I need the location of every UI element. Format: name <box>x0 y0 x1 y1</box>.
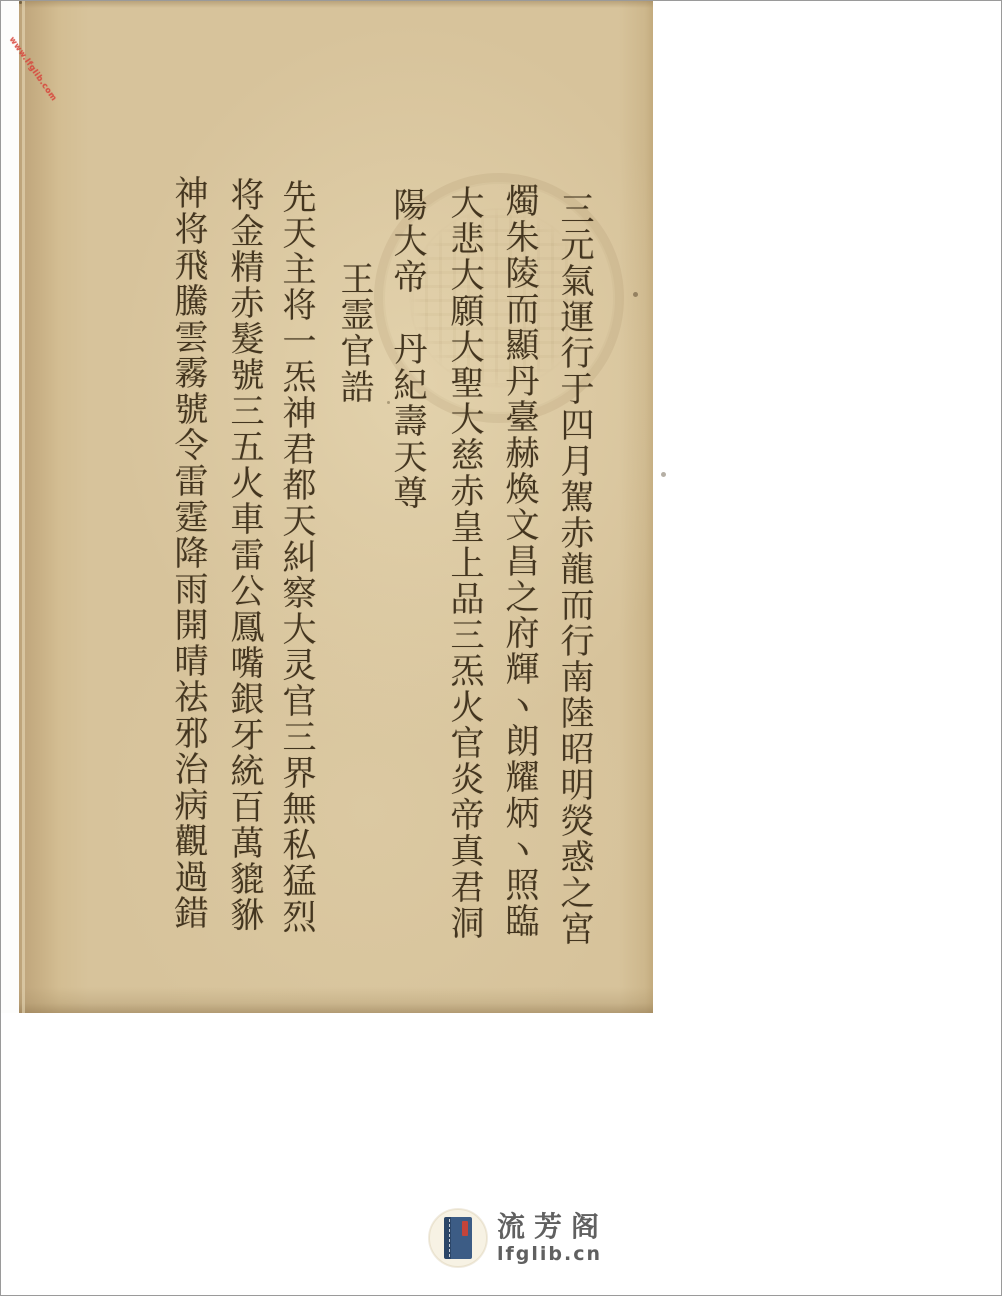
manuscript-column-3: 大悲大願大聖大慈赤皇上品三炁火官炎帝真君洞 <box>442 185 486 941</box>
ink-specks <box>19 1 22 4</box>
manuscript-column-8: 神将飛騰雲霧號令雷霆降雨開晴祛邪治病觀過錯 <box>166 175 210 931</box>
manuscript-column-2: 燭朱陵而顯丹臺赫煥文昌之府輝ヽ朗耀炳ヽ照臨 <box>497 183 541 939</box>
book-icon <box>444 1217 472 1259</box>
left-page-gutter <box>1 1 19 1013</box>
logo-text-block: 流芳阁 lfglib.cn <box>497 1213 608 1264</box>
manuscript-column-4: 陽大帝 丹紀壽天尊 <box>385 187 429 511</box>
logo-circle <box>429 1209 487 1267</box>
manuscript-column-7: 将金精赤髮號三五火車雷公鳳嘴銀牙統百萬貔貅 <box>222 177 266 933</box>
book-stitch-detail <box>449 1219 450 1257</box>
manuscript-column-5: 王霊官誥 <box>332 261 376 405</box>
manuscript-column-6: 先天主将一炁神君都天糾察大灵官三界無私猛烈 <box>274 179 318 935</box>
lfglib-logo: 流芳阁 lfglib.cn <box>429 1209 608 1267</box>
logo-site-domain: lfglib.cn <box>497 1245 608 1264</box>
logo-site-name: 流芳阁 <box>497 1213 608 1241</box>
scanned-page-view: 三元氣運行于四月駕赤龍而行南陸昭明熒惑之宮 燭朱陵而顯丹臺赫煥文昌之府輝ヽ朗耀炳… <box>0 0 1002 1296</box>
manuscript-column-1: 三元氣運行于四月駕赤龍而行南陸昭明熒惑之宮 <box>552 191 596 947</box>
book-red-label <box>462 1221 468 1236</box>
